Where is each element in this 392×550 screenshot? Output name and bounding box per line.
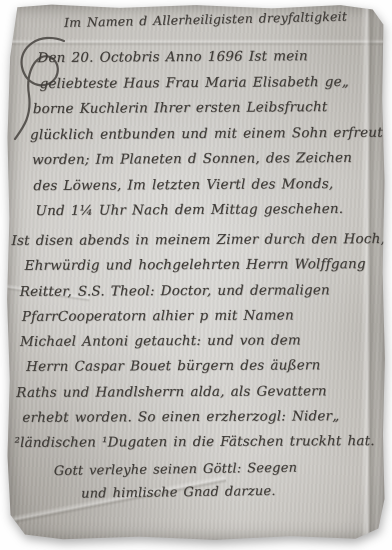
manuscript-line: Ehrwürdig und hochgelehrten Herrn Wolffg… xyxy=(25,256,378,283)
manuscript-line: Ist disen abends in meinem Zimer durch d… xyxy=(11,231,377,258)
manuscript-paper: Im Namen d Allerheiligisten dreyfaltigke… xyxy=(6,3,386,542)
manuscript-line: PfarrCooperatorn alhier p mit Namen xyxy=(22,307,378,334)
scanned-page-background: Im Namen d Allerheiligisten dreyfaltigke… xyxy=(0,0,392,550)
record-paragraph-baptism: Ist disen abends in meinem Zimer durch d… xyxy=(6,231,379,461)
record-paragraph-birth: Den 20. Octobris Anno 1696 Ist mein geli… xyxy=(6,48,379,229)
manuscript-line: des Löwens, Im letzten Viertl des Monds, xyxy=(33,175,378,203)
manuscript-paper-wrap: Im Namen d Allerheiligisten dreyfaltigke… xyxy=(6,3,386,542)
manuscript-line: Herrn Caspar Bouet bürgern des äußern xyxy=(26,358,378,385)
manuscript-line: Reitter, S.S. Theol: Doctor, und dermali… xyxy=(20,282,378,309)
manuscript-line: borne Kuchlerin Ihrer ersten Leibsfrucht xyxy=(33,99,378,127)
manuscript-line: worden; Im Planeten d Sonnen, des Zeiche… xyxy=(32,150,378,178)
invocation-heading: Im Namen d Allerheiligisten dreyfaltigke… xyxy=(64,9,347,30)
manuscript-line: Michael Antoni getaucht: und von dem xyxy=(20,332,378,359)
manuscript-line: Den 20. Octobris Anno 1696 Ist mein xyxy=(37,48,377,76)
manuscript-line: ²ländischen ¹Dugaten in die Fätschen tru… xyxy=(14,433,378,460)
manuscript-line: glücklich entbunden und mit einem Sohn e… xyxy=(30,124,378,152)
manuscript-line: geliebteste Haus Frau Maria Elisabeth ge… xyxy=(40,73,378,101)
manuscript-line: Und 1¼ Uhr Nach dem Mittag geschehen. xyxy=(35,201,378,229)
closing-blessing: Gott verleyhe seinen Göttl: Seegen und h… xyxy=(6,459,386,510)
blessing-line: und himlische Gnad darzue. xyxy=(81,482,386,509)
manuscript-line: erhebt worden. So einen erzherzogl: Nide… xyxy=(22,408,378,435)
manuscript-line: Raths und Handlsherrn alda, als Gevatter… xyxy=(16,383,378,410)
